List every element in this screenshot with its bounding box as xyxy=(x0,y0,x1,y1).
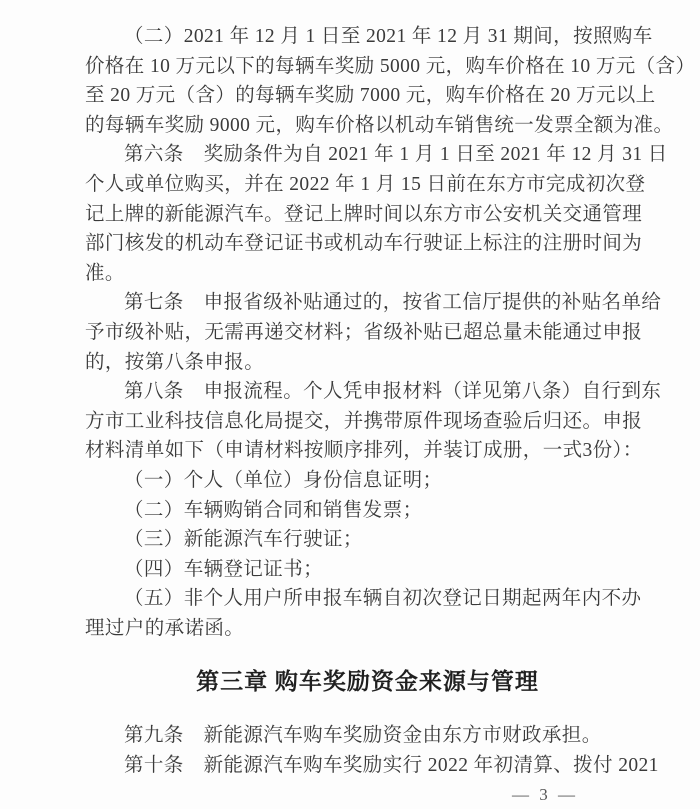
document-line: 第九条 新能源汽车购车奖励资金由东方市财政承担。 xyxy=(85,721,650,751)
document-line: （五）非个人用户所申报车辆自初次登记日期起两年内不办 xyxy=(85,584,650,614)
document-line: 至 20 万元（含）的每辆车奖励 7000 元，购车价格在 20 万元以上 xyxy=(85,81,650,111)
chapter-heading: 第三章 购车奖励资金来源与管理 xyxy=(85,667,650,697)
document-line: （四）车辆登记证书； xyxy=(85,555,650,585)
document-line: 的每辆车奖励 9000 元，购车价格以机动车销售统一发票全额为准。 xyxy=(85,111,650,141)
document-line: （一）个人（单位）身份信息证明； xyxy=(85,466,650,496)
document-line: 第八条 申报流程。个人凭申报材料（详见第八条）自行到东 xyxy=(85,377,650,407)
document-line: 予市级补贴，无需再递交材料；省级补贴已超总量未能通过申报 xyxy=(85,318,650,348)
document-line: 第十条 新能源汽车购车奖励实行 2022 年初清算、拨付 2021 xyxy=(85,751,650,781)
document-line: 价格在 10 万元以下的每辆车奖励 5000 元，购车价格在 10 万元（含） xyxy=(85,52,650,82)
document-line: （二）2021 年 12 月 1 日至 2021 年 12 月 31 期间，按照… xyxy=(85,22,650,52)
document-line: 第六条 奖励条件为自 2021 年 1 月 1 日至 2021 年 12 月 3… xyxy=(85,140,650,170)
page-number: — 3 — xyxy=(85,785,650,805)
document-line: 的，按第八条申报。 xyxy=(85,348,650,378)
document-line: 理过户的承诺函。 xyxy=(85,614,650,644)
document-line: （二）车辆购销合同和销售发票； xyxy=(85,496,650,526)
document-line: 准。 xyxy=(85,259,650,289)
document-body: （二）2021 年 12 月 1 日至 2021 年 12 月 31 期间，按照… xyxy=(85,22,650,781)
document-line: 第七条 申报省级补贴通过的，按省工信厅提供的补贴名单给 xyxy=(85,288,650,318)
document-page: （二）2021 年 12 月 1 日至 2021 年 12 月 31 期间，按照… xyxy=(0,0,700,809)
document-line: 部门核发的机动车登记证书或机动车行驶证上标注的注册时间为 xyxy=(85,229,650,259)
document-line: 方市工业科技信息化局提交，并携带原件现场查验后归还。申报 xyxy=(85,407,650,437)
document-line: 材料清单如下（申请材料按顺序排列，并装订成册，一式3份）： xyxy=(85,436,650,466)
document-line: 记上牌的新能源汽车。登记上牌时间以东方市公安机关交通管理 xyxy=(85,200,650,230)
document-line: （三）新能源汽车行驶证； xyxy=(85,525,650,555)
document-line: 个人或单位购买，并在 2022 年 1 月 15 日前在东方市完成初次登 xyxy=(85,170,650,200)
